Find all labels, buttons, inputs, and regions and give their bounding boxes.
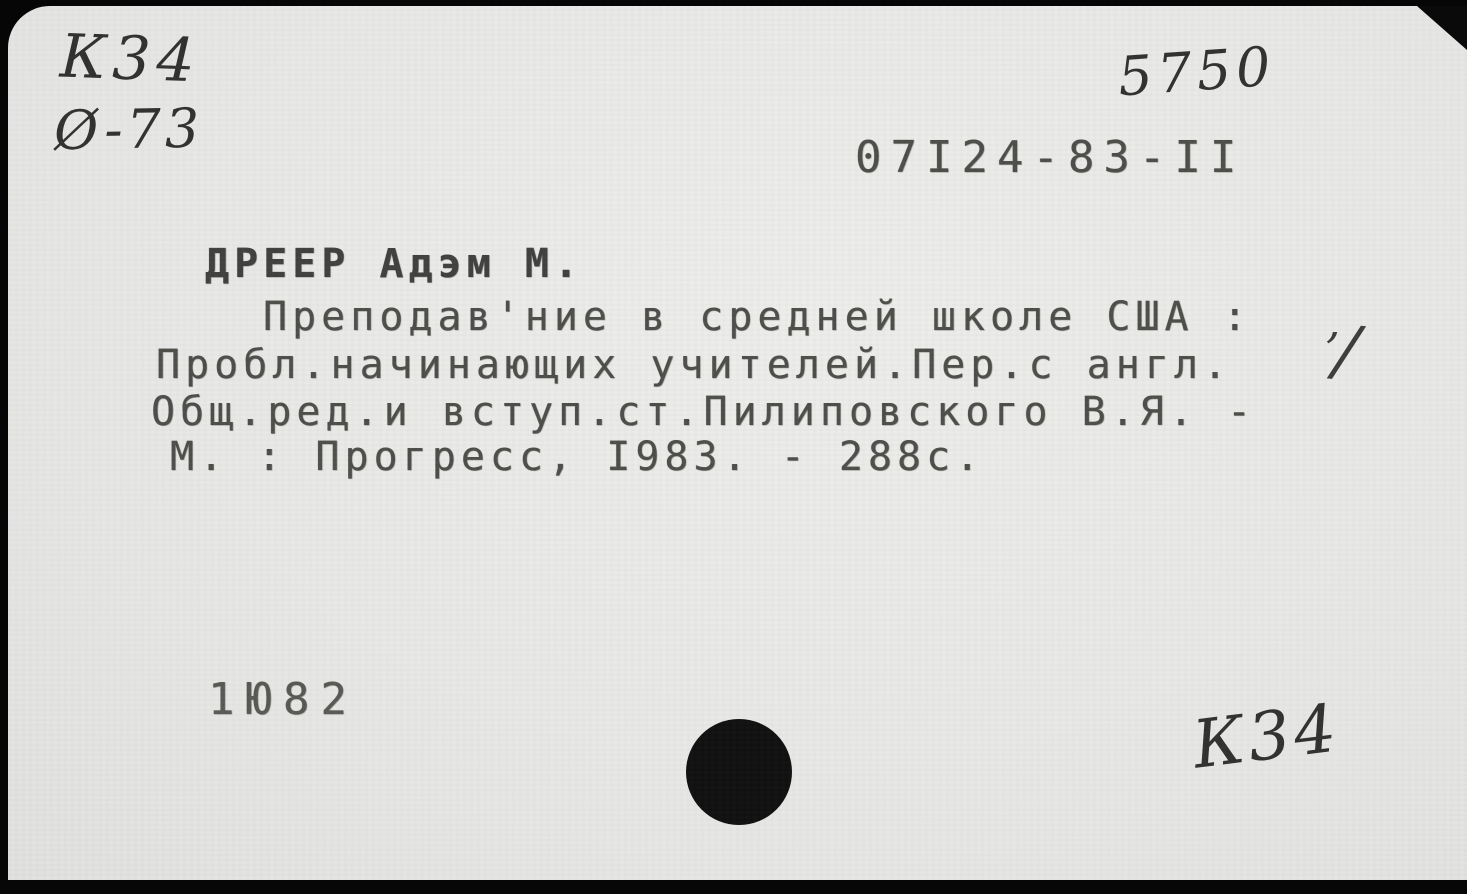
handwritten-order-number: 5750 [1116, 35, 1277, 109]
scan-bottom-edge [0, 880, 1467, 894]
entry-subtitle-line: Пробл.начинающих учителей.Пер.с англ. [156, 345, 1232, 385]
entry-title-line: Преподав'ние в средней школе США : [263, 297, 1252, 337]
typed-index-number: 07I24-83-II [855, 132, 1245, 183]
entry-editor-line: Общ.ред.и вступ.ст.Пилиповского В.Я. - [151, 392, 1256, 432]
entry-imprint-line: М. : Прогресс, I983. - 288с. [170, 437, 984, 477]
punch-hole [686, 719, 792, 825]
handwritten-classmark-top: К34 [59, 22, 202, 97]
entry-author-line: ДРЕЕР Адэм М. [205, 244, 583, 284]
catalog-card-paper: К34 Ø-73 5750 07I24-83-II ДРЕЕР Адэм М. … [8, 6, 1467, 886]
handwritten-classmark-bottom: К34 [1189, 689, 1344, 783]
typed-accession-number: 1Ю82 [208, 674, 358, 725]
handwritten-cutter-mark: Ø-73 [53, 97, 203, 163]
scanned-catalog-card-image: К34 Ø-73 5750 07I24-83-II ДРЕЕР Адэм М. … [0, 0, 1467, 894]
